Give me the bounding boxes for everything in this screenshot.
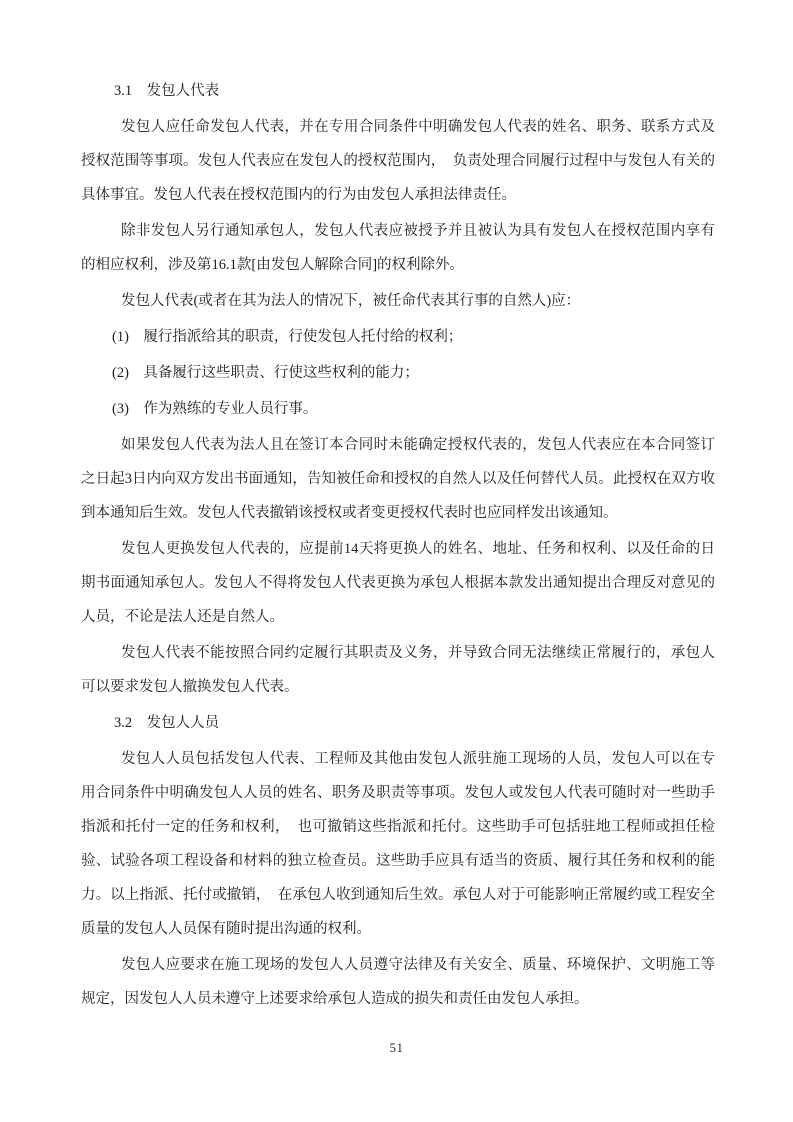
list-item-3: (3) 作为熟练的专业人员行事。 [112, 392, 715, 426]
paragraph-legal-person-notice: 如果发包人代表为法人且在签订本合同时未能确定授权代表的，发包人代表应在本合同签订… [81, 428, 715, 530]
list-item-2: (2) 具备履行这些职责、行使这些权利的能力； [112, 356, 715, 390]
paragraph-representative-authority: 除非发包人另行通知承包人，发包人代表应被授予并且被认为具有发包人在授权范围内享有… [81, 214, 715, 282]
paragraph-representative-shall: 发包人代表(或者在其为法人的情况下，被任命代表其行事的自然人)应： [81, 284, 715, 318]
page-number: 51 [0, 1040, 793, 1056]
paragraph-representative-replacement: 发包人更换发包人代表的，应提前14天将更换人的姓名、地址、任务和权利、以及任命的… [81, 532, 715, 634]
paragraph-employer-personnel: 发包人人员包括发包人代表、工程师及其他由发包人派驻施工现场的人员，发包人可以在专… [81, 742, 715, 946]
list-item-1: (1) 履行指派给其的职责，行使发包人托付给的权利； [112, 320, 715, 354]
section-heading-3-2: 3.2 发包人人员 [114, 706, 715, 740]
document-body: 3.1 发包人代表 发包人应任命发包人代表，并在专用合同条件中明确发包人代表的姓… [81, 74, 715, 1018]
paragraph-representative-removal: 发包人代表不能按照合同约定履行其职责及义务，并导致合同无法继续正常履行的，承包人… [81, 636, 715, 704]
section-heading-3-1: 3.1 发包人代表 [114, 74, 715, 108]
paragraph-representative-appointment: 发包人应任命发包人代表，并在专用合同条件中明确发包人代表的姓名、职务、联系方式及… [81, 110, 715, 212]
document-page: 3.1 发包人代表 发包人应任命发包人代表，并在专用合同条件中明确发包人代表的姓… [0, 0, 793, 1122]
paragraph-personnel-compliance: 发包人应要求在施工现场的发包人人员遵守法律及有关安全、质量、环境保护、文明施工等… [81, 948, 715, 1016]
